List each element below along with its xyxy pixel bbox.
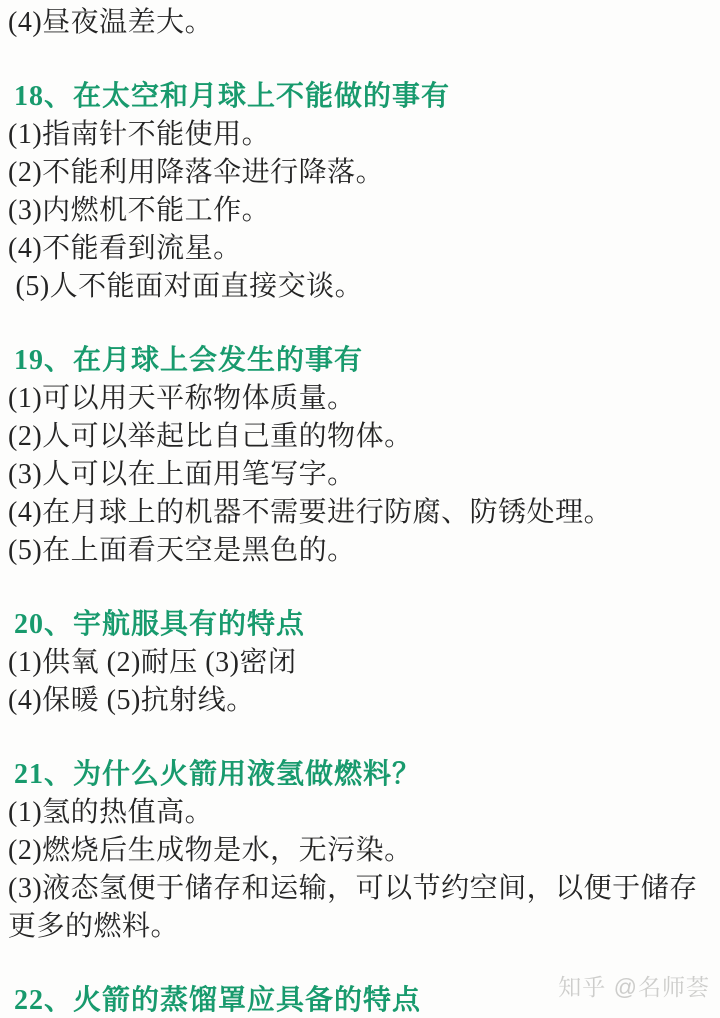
study-notes-page: (4)昼夜温差大。 18、在太空和月球上不能做的事有 (1)指南针不能使用。 (… [0, 0, 720, 1018]
section-19-item-1: (1)可以用天平称物体质量。 [8, 380, 710, 418]
section-21-item-2: (2)燃烧后生成物是水，无污染。 [8, 832, 710, 870]
section-18-item-3: (3)内燃机不能工作。 [8, 192, 710, 230]
section-20-item-1: (1)供氧 (2)耐压 (3)密闭 [8, 644, 710, 682]
notes-content: (4)昼夜温差大。 18、在太空和月球上不能做的事有 (1)指南针不能使用。 (… [0, 0, 720, 1018]
section-21: 21、为什么火箭用液氢做燃料？ (1)氢的热值高。 (2)燃烧后生成物是水，无污… [8, 756, 710, 946]
section-19-item-4: (4)在月球上的机器不需要进行防腐、防锈处理。 [8, 494, 710, 532]
section-20-heading: 20、宇航服具有的特点 [8, 606, 710, 644]
section-18: 18、在太空和月球上不能做的事有 (1)指南针不能使用。 (2)不能利用降落伞进… [8, 78, 710, 306]
section-19-item-3: (3)人可以在上面用笔写字。 [8, 456, 710, 494]
zhihu-watermark: 知乎 @名师荟 [558, 969, 710, 1002]
section-18-item-1: (1)指南针不能使用。 [8, 116, 710, 154]
section-19-item-5: (5)在上面看天空是黑色的。 [8, 532, 710, 570]
section-18-item-4: (4)不能看到流星。 [8, 230, 710, 268]
section-19-heading: 19、在月球上会发生的事有 [8, 342, 710, 380]
section-18-item-5: (5)人不能面对面直接交谈。 [8, 268, 710, 306]
section-18-heading: 18、在太空和月球上不能做的事有 [8, 78, 710, 116]
section-21-heading: 21、为什么火箭用液氢做燃料？ [8, 756, 710, 794]
section-21-item-3: (3)液态氢便于储存和运输，可以节约空间，以便于储存更多的燃料。 [8, 870, 710, 946]
section-20: 20、宇航服具有的特点 (1)供氧 (2)耐压 (3)密闭 (4)保暖 (5)抗… [8, 606, 710, 720]
section-20-item-2: (4)保暖 (5)抗射线。 [8, 682, 710, 720]
section-19-item-2: (2)人可以举起比自己重的物体。 [8, 418, 710, 456]
section-18-item-2: (2)不能利用降落伞进行降落。 [8, 154, 710, 192]
intro-line: (4)昼夜温差大。 [8, 4, 710, 42]
section-19: 19、在月球上会发生的事有 (1)可以用天平称物体质量。 (2)人可以举起比自己… [8, 342, 710, 570]
section-21-item-1: (1)氢的热值高。 [8, 794, 710, 832]
